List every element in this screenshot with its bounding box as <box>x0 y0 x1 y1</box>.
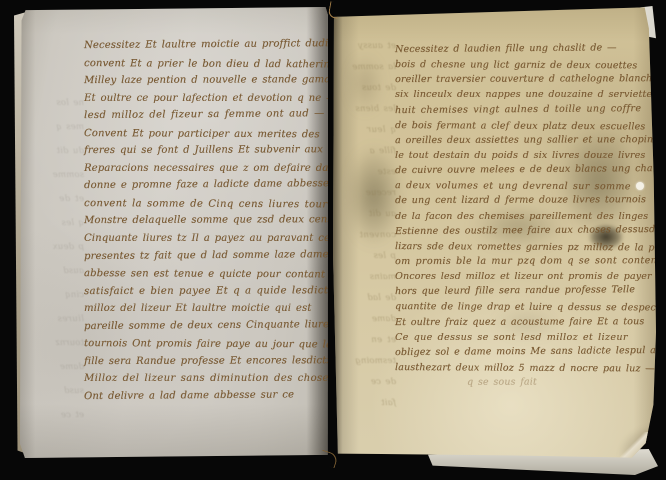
manuscript-line: oreiller traversier couverture d cathelo… <box>395 71 649 87</box>
manuscript-line: Milley laze pention d nouvelle e stande … <box>84 71 330 89</box>
manuscript-line: freres qui se font d Juillens Et subveni… <box>84 141 330 159</box>
binding-thread-bottom <box>318 450 338 469</box>
manuscript-line: Ont delivre a lad dame abbesse sur ce <box>84 386 330 405</box>
bleedthrough-line: mes q <box>26 115 84 139</box>
manuscript-line: de ung cent lizard d ferme douze livres … <box>395 193 649 209</box>
manuscript-line: milloz del lizeur Et laultre moictie qui… <box>84 300 330 318</box>
bleedthrough-line: dame <box>336 309 396 330</box>
left-page: ne losmes qdu ditsommeet deq lesp deuxau… <box>20 7 328 458</box>
bleedthrough-line: et ce <box>26 403 84 427</box>
manuscript-line: de cuivre ouvre melees e de deux blancs … <box>395 161 649 178</box>
bleedthrough-line: q les <box>26 211 84 235</box>
manuscript-line: abbesse sen est tenue e quicte pour cont… <box>84 265 330 284</box>
bleedthrough-line: fait <box>336 393 396 414</box>
manuscript-line: Et oultre fraiz quez a acoustume faire E… <box>395 314 649 330</box>
manuscript-line: om promis ble la mur pzq dom q se sont c… <box>395 253 649 269</box>
bleedthrough-line: liures <box>26 307 84 331</box>
manuscript-scan: ne losmes qdu ditsommeet deq lesp deuxau… <box>0 0 666 480</box>
manuscript-line: obligez sol e dame moins Me sans ladicte… <box>395 343 649 360</box>
bleedthrough-line: de ce <box>336 372 396 393</box>
bleedthrough-line: la somme <box>336 57 396 78</box>
manuscript-line: satisfaict e bien payee Et q a quide les… <box>84 282 330 300</box>
manuscript-line: lesd milloz del fizeur sa femme ont aud … <box>84 105 330 124</box>
right-page-text-block: Necessitez d laudien fille ung chaslit d… <box>395 42 649 390</box>
bleedthrough-line: este <box>336 162 396 183</box>
manuscript-line: presentes tz fait que d lad somme laze d… <box>84 246 330 265</box>
bleedthrough-line: et aussy <box>336 36 396 57</box>
binding-thread-top <box>328 1 341 18</box>
bleedthrough-line: de lad <box>336 288 396 309</box>
right-page: et aussyla sommede tousles biensq leurfi… <box>333 6 656 459</box>
manuscript-line: Milloz del lizeur sans diminution des ch… <box>84 370 330 388</box>
manuscript-line: six linceulx deux nappes une douzaine d … <box>395 87 649 102</box>
manuscript-line: hors que leurd fille sera randue profess… <box>395 282 649 299</box>
manuscript-line: Cinquante liures tz Il a payez au parava… <box>84 230 330 248</box>
manuscript-line: a oreilles deux assiettes ung sallier et… <box>395 132 649 148</box>
bleedthrough-line: p les <box>336 246 396 267</box>
bleedthrough-line: ne los <box>26 91 84 115</box>
bleedthrough-line: tournz <box>26 331 84 355</box>
bleedthrough-line: et de <box>26 187 84 211</box>
bleedthrough-line: mains <box>336 267 396 288</box>
manuscript-line: huit chemises vingt aulnes d toille ung … <box>395 101 649 118</box>
bleedthrough-line: de tous <box>336 78 396 99</box>
bleedthrough-line: susd <box>26 379 84 403</box>
manuscript-line: q se sous fait <box>395 374 649 390</box>
bleedthrough-line: cinq <box>26 283 84 307</box>
manuscript-line: donne e promne faze a ladicte dame abbes… <box>84 175 330 194</box>
manuscript-line: fille sera Randue professe Et encores le… <box>84 352 330 370</box>
manuscript-line: Necessitez Et laultre moictie au proffic… <box>84 35 330 54</box>
manuscript-line: Monstre delaquelle somme que zsd deux ce… <box>84 212 330 230</box>
bleedthrough-line: somme <box>26 163 84 187</box>
manuscript-line: Necessitez d laudien fille ung chaslit d… <box>395 40 649 57</box>
bleedthrough-line: ausd <box>26 259 84 283</box>
bleedthrough-line: receue <box>336 183 396 204</box>
bleedthrough-line: convent <box>336 225 396 246</box>
left-page-bleedthrough: ne losmes qdu ditsommeet deq lesp deuxau… <box>26 91 84 427</box>
bleedthrough-line: q leur <box>336 120 396 141</box>
bleedthrough-line: les biens <box>336 99 396 120</box>
right-page-bleedthrough: et aussyla sommede tousles biensq leurfi… <box>336 36 396 414</box>
left-page-text-block: Necessitez Et laultre moictie au proffic… <box>84 37 330 405</box>
bleedthrough-line: fille a <box>336 141 396 162</box>
bleedthrough-line: p deux <box>26 235 84 259</box>
bleedthrough-line: et en <box>336 330 396 351</box>
paper-hole-spot <box>636 182 644 190</box>
bleedthrough-line: au dit <box>336 204 396 225</box>
manuscript-line: Estienne des oustilz mee faire aux chose… <box>395 222 649 239</box>
manuscript-line: pareille somme de deux cens Cinquante li… <box>84 316 330 335</box>
bleedthrough-line: tesmoing <box>336 351 396 372</box>
bleedthrough-line: du dit <box>26 139 84 163</box>
bleedthrough-line: dame <box>26 355 84 379</box>
